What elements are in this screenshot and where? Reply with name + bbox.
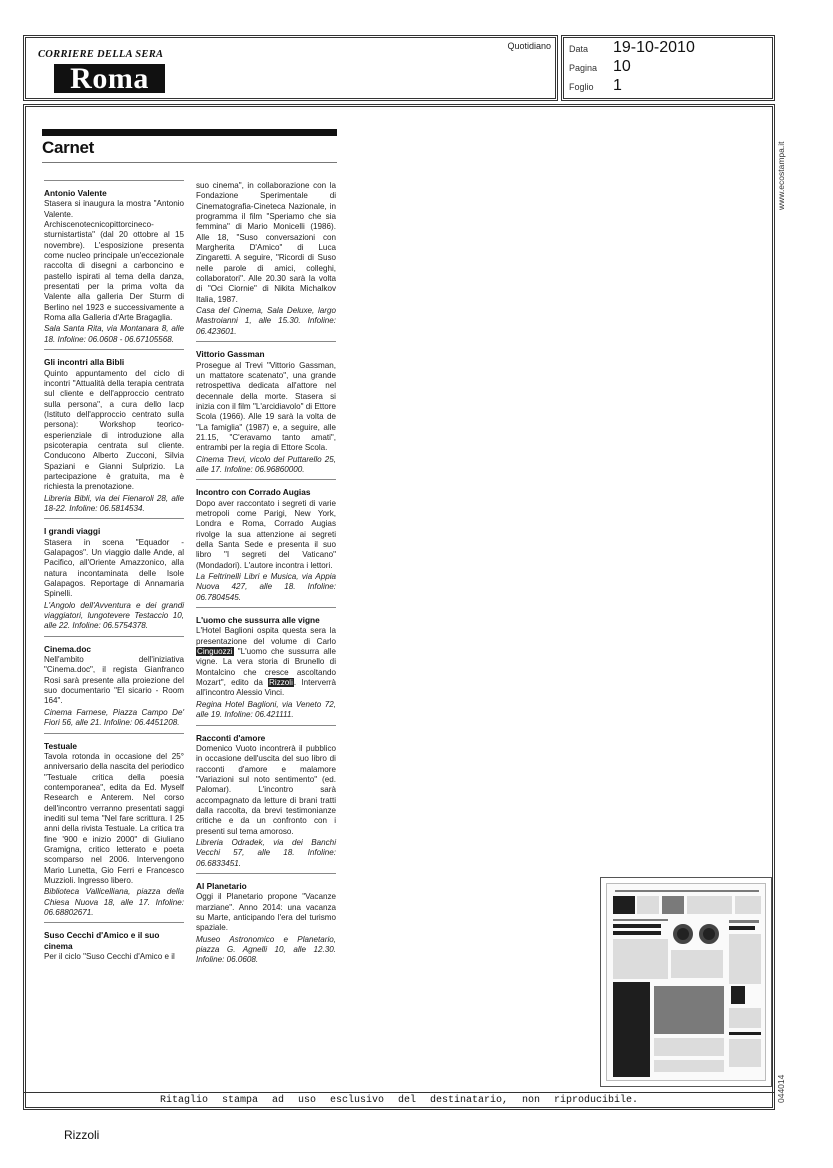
divider <box>44 636 184 637</box>
divider <box>196 479 336 480</box>
listing-body: L'Hotel Baglioni ospita questa sera la p… <box>196 626 336 698</box>
divider <box>44 180 184 181</box>
section-rule <box>42 162 337 163</box>
listing-body: Nell'ambito dell'iniziativa "Cinema.doc"… <box>44 655 184 707</box>
highlight-author: Cinguozzi <box>196 647 234 656</box>
listing-item: Testuale Tavola rotonda in occasione del… <box>44 741 184 919</box>
clipping-code: 044014 <box>776 1063 790 1103</box>
listing-title: Suso Cecchi d'Amico e il suo cinema <box>44 930 184 951</box>
metadata-box: Data 19-10-2010 Pagina 10 Foglio 1 <box>561 35 775 101</box>
listing-body: Tavola rotonda in occasione del 25° anni… <box>44 752 184 886</box>
listing-title: Vittorio Gassman <box>196 349 336 359</box>
listing-item: Racconti d'amore Domenico Vuoto incontre… <box>196 733 336 869</box>
listing-info: Libreria Bibli, via dei Fienaroli 28, al… <box>44 494 184 515</box>
meta-value-date: 19-10-2010 <box>613 39 695 57</box>
divider <box>196 341 336 342</box>
meta-row-page: Pagina 10 <box>569 58 631 76</box>
divider <box>44 349 184 350</box>
publisher-label: Rizzoli <box>64 1128 99 1142</box>
section-bar <box>42 129 337 136</box>
meta-row-date: Data 19-10-2010 <box>569 39 695 57</box>
listing-body: Quinto appuntamento del ciclo di incontr… <box>44 369 184 493</box>
listing-info: Sala Santa Rita, via Montanara 8, alle 1… <box>44 324 184 345</box>
listing-body: Oggi il Planetario propone "Vacanze marz… <box>196 892 336 933</box>
divider <box>44 922 184 923</box>
listing-item: Suso Cecchi d'Amico e il suo cinema Per … <box>44 930 184 962</box>
divider <box>44 518 184 519</box>
listing-info: Casa del Cinema, Sala Deluxe, largo Mast… <box>196 306 336 337</box>
thumbnail-page <box>606 883 766 1081</box>
listing-title: Antonio Valente <box>44 188 184 198</box>
listing-info: Regina Hotel Baglioni, via Veneto 72, al… <box>196 700 336 721</box>
divider <box>196 607 336 608</box>
meta-value-page: 10 <box>613 58 631 76</box>
meta-label: Pagina <box>569 63 613 73</box>
listing-title: Testuale <box>44 741 184 751</box>
listing-title: Al Planetario <box>196 881 336 891</box>
listing-title: Cinema.doc <box>44 644 184 654</box>
listing-body: suo cinema", in collaborazione con la Fo… <box>196 181 336 305</box>
listing-title: L'uomo che sussurra alle vigne <box>196 615 336 625</box>
publication-frequency: Quotidiano <box>507 41 551 51</box>
page-thumbnail <box>600 877 772 1087</box>
listing-info: Libreria Odradek, via dei Banchi Vecchi … <box>196 838 336 869</box>
meta-label: Data <box>569 44 613 54</box>
highlight-publisher: Rizzoli <box>268 678 294 687</box>
listing-item: Antonio Valente Stasera si inaugura la m… <box>44 188 184 345</box>
masthead-box: CORRIERE DELLA SERA Roma Quotidiano <box>23 35 558 101</box>
listing-item: Vittorio Gassman Prosegue al Trevi "Vitt… <box>196 349 336 475</box>
listing-info: L'Angolo dell'Avventura e dei grandi via… <box>44 601 184 632</box>
listing-item: Incontro con Corrado Augias Dopo aver ra… <box>196 487 336 603</box>
divider <box>44 733 184 734</box>
listing-title: Incontro con Corrado Augias <box>196 487 336 497</box>
listing-body: Prosegue al Trevi "Vittorio Gassman, un … <box>196 361 336 454</box>
body-text: L'Hotel Baglioni ospita questa sera la p… <box>196 626 336 645</box>
listing-item: Gli incontri alla Bibli Quinto appuntame… <box>44 357 184 514</box>
listing-title: Gli incontri alla Bibli <box>44 357 184 367</box>
divider <box>196 725 336 726</box>
listing-info: Cinema Trevi, vicolo del Puttarello 25, … <box>196 455 336 476</box>
listing-body: Domenico Vuoto incontrerà il pubblico in… <box>196 744 336 837</box>
source-url: www.ecostampa.it <box>776 110 790 210</box>
meta-label: Foglio <box>569 82 613 92</box>
publication-name-logo: Roma <box>54 64 165 93</box>
listing-title: I grandi viaggi <box>44 526 184 536</box>
listing-item: L'uomo che sussurra alle vigne L'Hotel B… <box>196 615 336 720</box>
listing-item: Al Planetario Oggi il Planetario propone… <box>196 881 336 966</box>
listing-item: I grandi viaggi Stasera in scena "Equado… <box>44 526 184 631</box>
section-title: Carnet <box>42 138 94 158</box>
listing-body: Stasera si inaugura la mostra "Antonio V… <box>44 199 184 323</box>
listing-info: Biblioteca Vallicelliana, piazza della C… <box>44 887 184 918</box>
meta-value-sheet: 1 <box>613 77 622 95</box>
listing-info: Museo Astronomico e Planetario, piazza G… <box>196 935 336 966</box>
listing-info: Cinema Farnese, Piazza Campo De' Fiori 5… <box>44 708 184 729</box>
listing-body: Stasera in scena "Equador - Galapagos". … <box>44 538 184 600</box>
article-column-1: Antonio Valente Stasera si inaugura la m… <box>44 180 184 962</box>
listing-item-continued: suo cinema", in collaborazione con la Fo… <box>196 181 336 337</box>
divider <box>196 873 336 874</box>
article-column-2: suo cinema", in collaborazione con la Fo… <box>196 181 336 966</box>
publication-top-title: CORRIERE DELLA SERA <box>38 49 163 60</box>
reproduction-notice: Ritaglio stampa ad uso esclusivo del des… <box>24 1092 774 1109</box>
listing-title: Racconti d'amore <box>196 733 336 743</box>
listing-info: La Feltrinelli Libri e Musica, via Appia… <box>196 572 336 603</box>
listing-body: Per il ciclo "Suso Cecchi d'Amico e il <box>44 952 184 962</box>
listing-item: Cinema.doc Nell'ambito dell'iniziativa "… <box>44 644 184 729</box>
meta-row-sheet: Foglio 1 <box>569 77 622 95</box>
listing-body: Dopo aver raccontato i segreti di varie … <box>196 499 336 571</box>
